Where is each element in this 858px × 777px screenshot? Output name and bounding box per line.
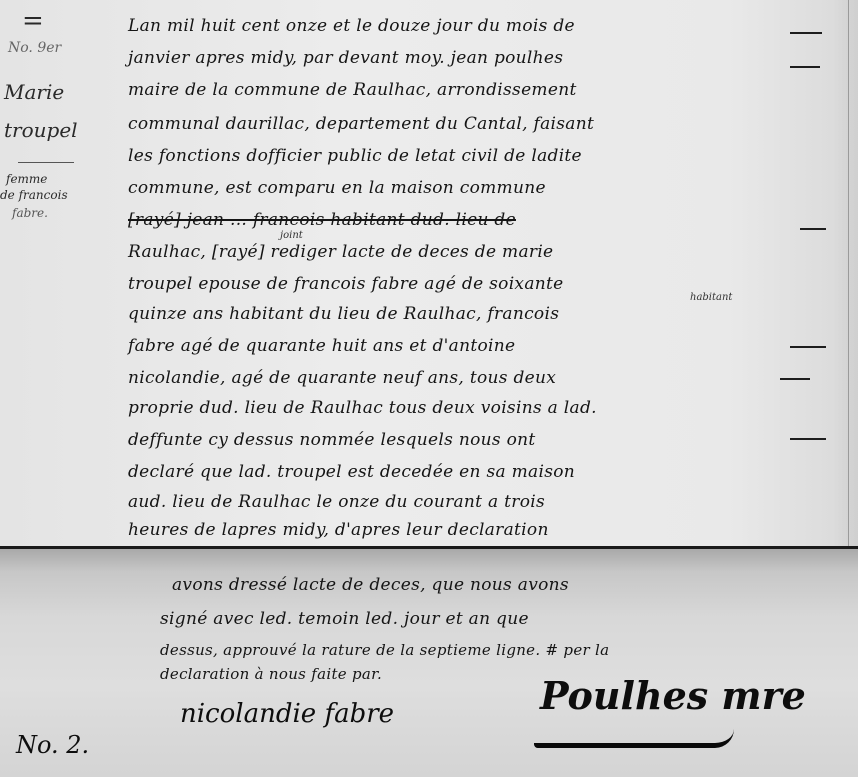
insertion-joint: joint <box>280 230 303 241</box>
margin-entry-number: No. 9er <box>8 40 61 56</box>
margin-note-line2: de francois <box>0 188 68 202</box>
continuation-line-2: signé avec led. temoin led. jour et an q… <box>160 609 529 629</box>
margin-note-line3: fabre. <box>12 206 48 220</box>
continuation-line-3: dessus, approuvé la rature de la septiem… <box>160 641 609 659</box>
record-line-7: [rayé] jean ... francois habitant dud. l… <box>128 210 516 230</box>
record-line-12: nicolandie, agé de quarante neuf ans, to… <box>128 368 556 388</box>
record-line-2: janvier apres midy, par devant moy. jean… <box>128 48 563 68</box>
record-line-9: troupel epouse de francois fabre agé de … <box>128 274 564 294</box>
record-line-5: les fonctions dofficier public de letat … <box>128 146 582 166</box>
record-line-3: maire de la commune de Raulhac, arrondis… <box>128 80 577 100</box>
line-end-dash <box>780 378 810 380</box>
margin-divider <box>18 162 74 163</box>
record-line-11: fabre agé de quarante huit ans et d'anto… <box>128 336 515 356</box>
line-end-dash <box>790 32 822 34</box>
register-page-bottom: avons dressé lacte de deces, que nous av… <box>0 549 858 777</box>
continuation-line-1: avons dressé lacte de deces, que nous av… <box>172 575 569 595</box>
witness-signature: nicolandie fabre <box>180 699 394 729</box>
signature-flourish <box>534 729 734 748</box>
insertion-habitant: habitant <box>690 292 732 303</box>
record-line-10: quinze ans habitant du lieu de Raulhac, … <box>128 304 559 324</box>
record-line-1: Lan mil huit cent onze et le douze jour … <box>128 16 575 36</box>
line-end-dash <box>790 66 820 68</box>
page-edge-line <box>848 0 849 546</box>
line-end-dash <box>790 346 826 348</box>
margin-name-last: troupel <box>4 118 78 142</box>
register-page-top: = No. 9er Marie troupel femme de francoi… <box>0 0 858 549</box>
margin-name-first: Marie <box>4 80 64 104</box>
record-line-8: Raulhac, [rayé] rediger lacte de deces d… <box>128 242 553 262</box>
continuation-line-4: declaration à nous faite par. <box>160 665 382 683</box>
margin-note-line1: femme <box>6 172 47 186</box>
margin-mark: = <box>22 6 44 36</box>
record-line-4: communal daurillac, departement du Canta… <box>128 114 594 134</box>
record-line-17: heures de lapres midy, d'apres leur decl… <box>128 520 549 540</box>
record-line-14: deffunte cy dessus nommée lesquels nous … <box>128 430 536 450</box>
mayor-signature: Poulhes mre <box>540 673 806 718</box>
record-line-6: commune, est comparu en la maison commun… <box>128 178 546 198</box>
record-line-15: declaré que lad. troupel est decedée en … <box>128 462 575 482</box>
record-line-16: aud. lieu de Raulhac le onze du courant … <box>128 492 545 512</box>
next-entry-number: No. 2. <box>16 731 89 759</box>
line-end-dash <box>790 438 826 440</box>
line-end-dash <box>800 228 826 230</box>
record-line-13: proprie dud. lieu de Raulhac tous deux v… <box>128 398 597 418</box>
